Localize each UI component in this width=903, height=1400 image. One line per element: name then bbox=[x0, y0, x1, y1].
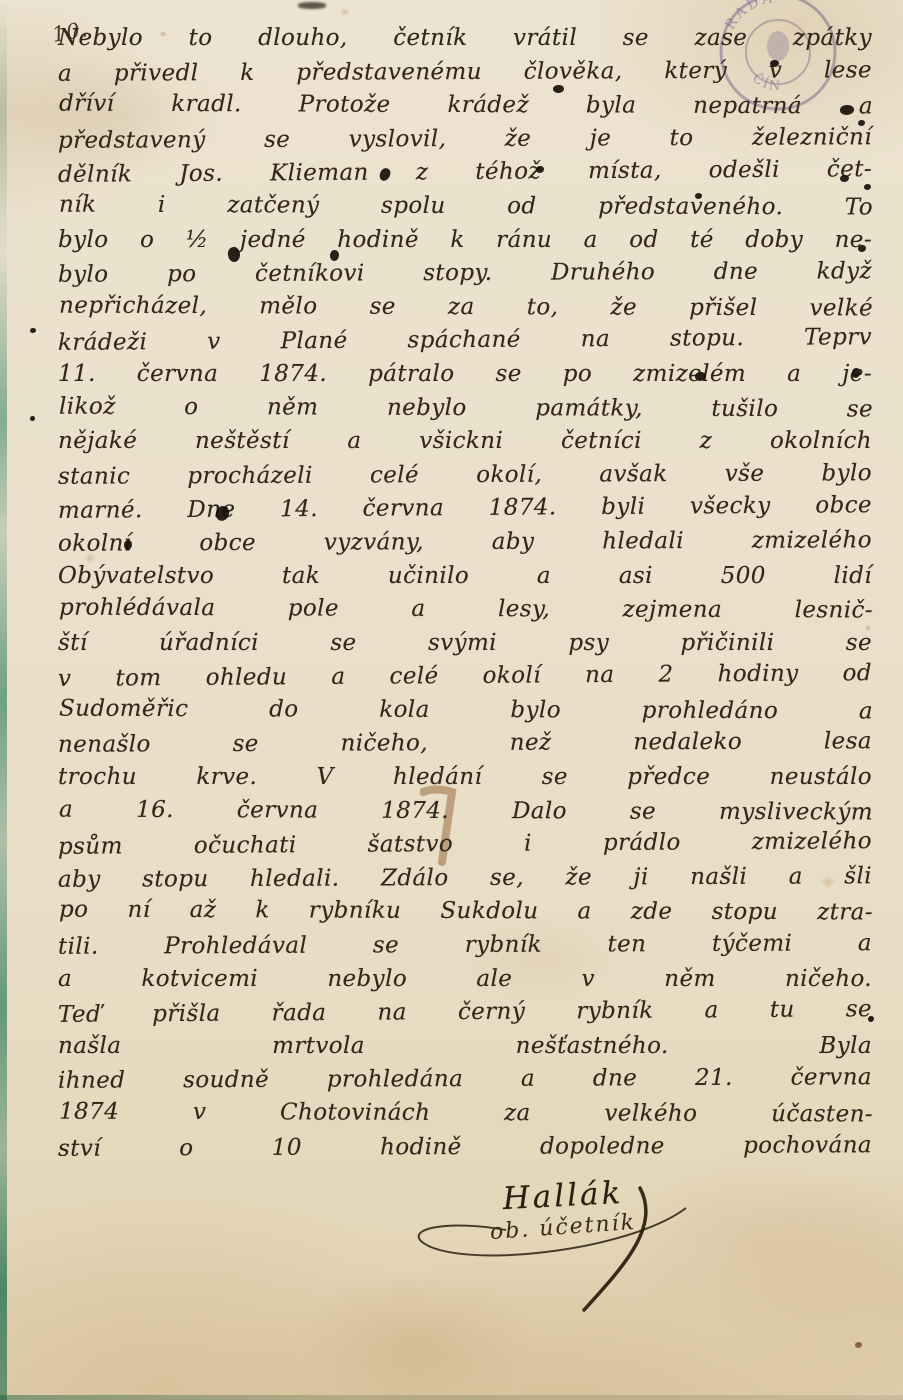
book-binding-edge bbox=[0, 0, 7, 1400]
scanned-manuscript: { "page": { "number": "10." }, "stamp": … bbox=[0, 0, 903, 1400]
ink-blot bbox=[30, 328, 36, 333]
manuscript-line: ihned soudně prohledána a dne 21. června bbox=[58, 1062, 872, 1099]
signature-block: Hallák ob. účetník bbox=[438, 1178, 688, 1240]
manuscript-line: ství o 10 hodině dopoledne pochována bbox=[58, 1129, 872, 1166]
ink-blot bbox=[30, 416, 35, 421]
manuscript-line: a přivedl k představenému člověka, který… bbox=[58, 54, 872, 91]
manuscript-line: nenašlo se ničeho, než nedaleko lesa bbox=[58, 726, 872, 763]
manuscript-line: psům očuchati šatstvo i prádlo zmizelého bbox=[58, 825, 872, 864]
manuscript-line: tili. Prohledával se rybník ten týčemi a bbox=[58, 927, 872, 964]
manuscript-line: Nebylo to dlouho, četník vrátil se zase … bbox=[58, 22, 872, 56]
ink-blot bbox=[868, 1016, 874, 1022]
manuscript-line: po ní až k rybníku Sukdolu a zde stopu z… bbox=[59, 894, 873, 930]
manuscript-line: ník i zatčený spolu od představeného. To bbox=[59, 189, 873, 225]
manuscript-line: Teď přišla řada na černý rybník a tu se bbox=[58, 993, 872, 1032]
manuscript-line: dělník Jos. Klieman z téhož místa, odešl… bbox=[58, 154, 872, 193]
manuscript-text: Nebylo to dlouho, četník vrátil se zase … bbox=[58, 22, 872, 1164]
manuscript-line: 1874 v Chotovinách za velkého účasten- bbox=[59, 1096, 873, 1132]
page-bottom-edge bbox=[0, 1395, 903, 1400]
manuscript-line: aby stopu hledali. Zdálo se, že ji našli… bbox=[58, 860, 872, 897]
manuscript-line: okolní obce vyzvány, aby hledali zmizelé… bbox=[58, 524, 872, 561]
manuscript-line: nějaké neštěstí a všickni četníci z okol… bbox=[58, 425, 872, 459]
manuscript-line: trochu krve. V hledání se předce neustál… bbox=[58, 761, 872, 795]
manuscript-line: a kotvicemi nebylo ale v něm ničeho. bbox=[58, 963, 872, 997]
manuscript-line: bylo o ½ jedné hodině k ránu a od té dob… bbox=[58, 224, 872, 258]
manuscript-line: Obývatelstvo tak učinilo a asi 500 lidí bbox=[58, 560, 872, 594]
manuscript-line: krádeži v Plané spáchané na stopu. Teprv bbox=[58, 322, 872, 361]
manuscript-line: našla mrtvola nešťastného. Byla bbox=[58, 1030, 872, 1064]
manuscript-line: v tom ohledu a celé okolí na 2 hodiny od bbox=[58, 657, 872, 696]
manuscript-line: ští úřadníci se svými psy přičinili se bbox=[58, 627, 872, 661]
ink-blot bbox=[298, 2, 326, 9]
manuscript-line: dříví kradl. Protože krádež byla nepatrn… bbox=[59, 88, 873, 124]
ink-blot bbox=[855, 1342, 862, 1348]
manuscript-line: marné. Dne 14. června 1874. byli všecky … bbox=[58, 489, 872, 528]
manuscript-line: Sudoměřic do kola bylo prohledáno a bbox=[59, 692, 873, 728]
manuscript-line: stanic procházeli celé okolí, avšak vše … bbox=[58, 457, 872, 494]
manuscript-line: nepřicházel, mělo se za to, že přišel ve… bbox=[59, 289, 873, 325]
manuscript-line: bylo po četníkovi stopy. Druhého dne kdy… bbox=[58, 255, 872, 292]
manuscript-page: 10. RADA ČÍN Nebylo to dlouho, četník vr… bbox=[0, 0, 903, 1400]
manuscript-line: likož o něm nebylo památky, tušilo se bbox=[59, 390, 873, 426]
manuscript-line: představený se vyslovil, že je to železn… bbox=[58, 121, 872, 158]
manuscript-line: a 16. června 1874. Dalo se mysliveckým bbox=[59, 793, 873, 829]
manuscript-line: 11. června 1874. pátralo se po zmizelém … bbox=[58, 358, 872, 392]
manuscript-line: prohlédávala pole a lesy, zejmena lesnič… bbox=[59, 592, 873, 628]
